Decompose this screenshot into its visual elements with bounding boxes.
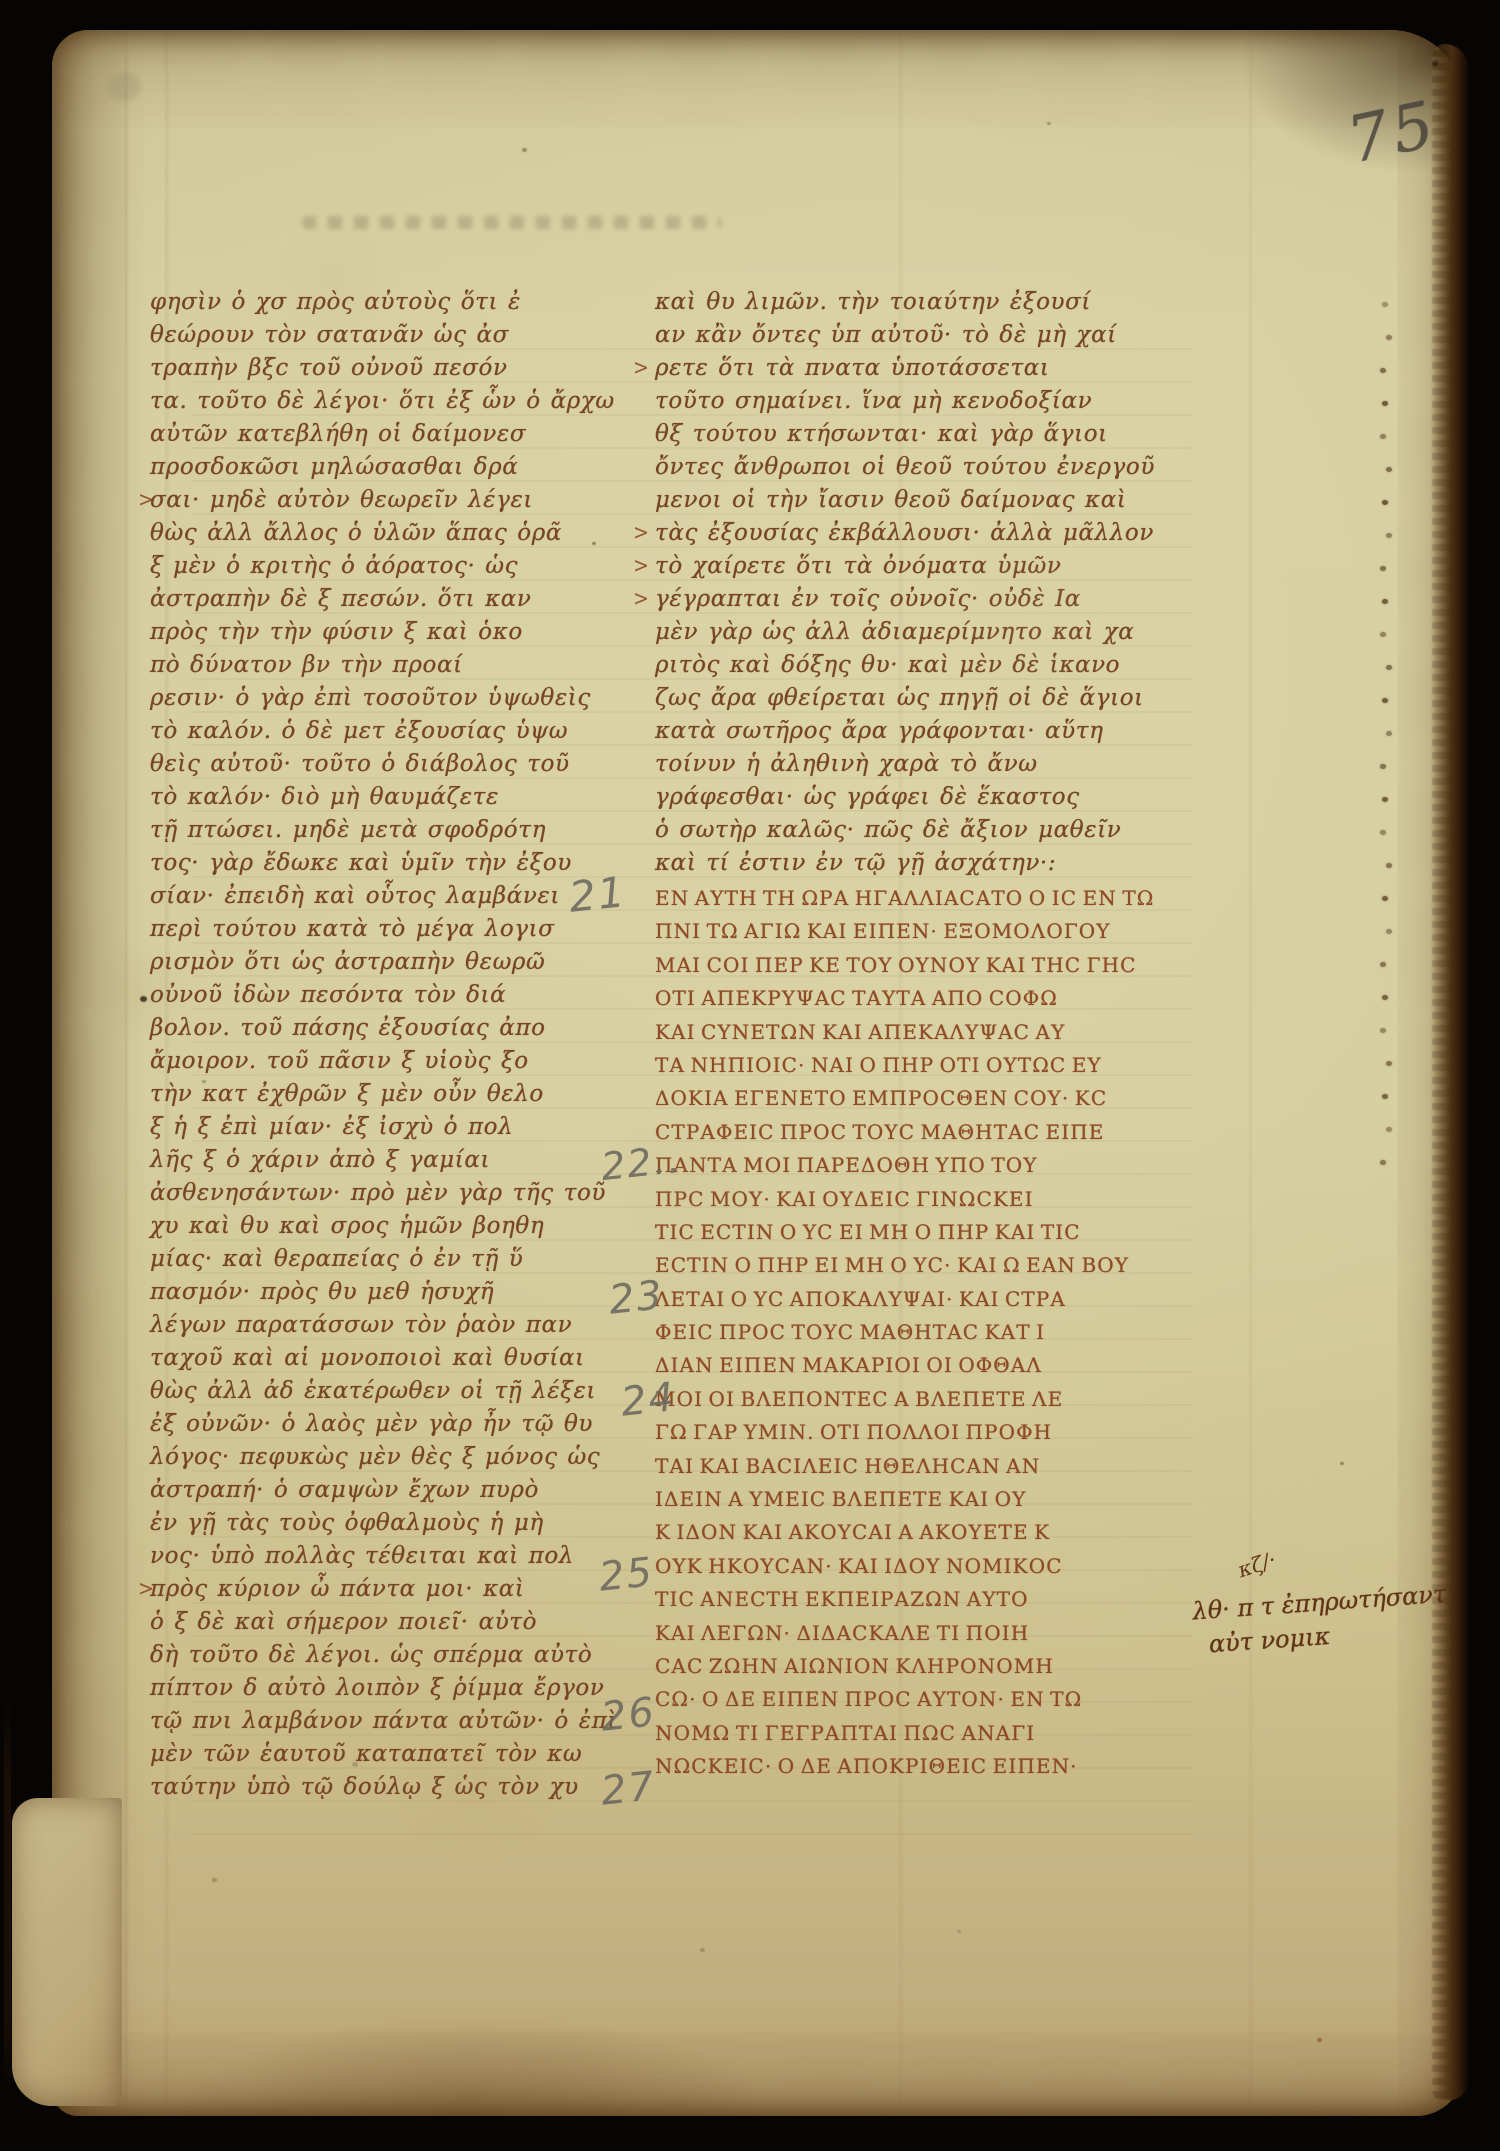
prick-dot <box>1386 335 1392 340</box>
text-line: CΤΡΑΦΕΙC ΠΡΟC ΤΟΥC ΜΑΘΗΤΑC ΕΙΠΕ <box>655 1116 1135 1149</box>
verse-number-26: 26 <box>599 1689 658 1740</box>
prick-dot <box>1380 368 1386 373</box>
text-line: ΠΡC ΜΟΥ· ΚΑΙ ΟΥΔΕΙC ΓΙΝΩCΚΕΙ <box>655 1183 1135 1216</box>
text-line: μίας· καὶ θεραπείας ὁ ἐν τῇ ὕ <box>150 1243 590 1276</box>
prick-dot <box>1382 698 1388 703</box>
binding-edge-line <box>4 1700 11 2090</box>
text-line: μὲν τῶν ἑαυτοῦ καταπατεῖ τὸν κω <box>150 1738 590 1771</box>
verse-number-23: 23 <box>607 1272 666 1323</box>
commentary-column-left: φησὶν ὁ χσ πρὸς αὐτοὺς ὅτι ἐθεώρουν τὸν … <box>150 286 590 1804</box>
prick-dot <box>1380 434 1386 439</box>
gospel-uncial-block: ΕΝ ΑΥΤΗ ΤΗ ΩΡΑ ΗΓΑΛΛΙΑCΑΤΟ Ο ΙC ΕΝ ΤΩΠΝΙ… <box>655 882 1135 1784</box>
diple-mark: > <box>633 356 649 380</box>
stain-speck <box>592 542 596 545</box>
text-line: ΝΩCΚΕΙC· Ο ΔΕ ΑΠΟΚΡΙΘΕΙC ΕΙΠΕΝ· <box>655 1750 1135 1783</box>
prick-dot <box>1386 1127 1392 1132</box>
text-line: πασμόν· πρὸς θυ μεθ ἡσυχῆ <box>150 1276 590 1309</box>
text-line: ΛΕΤΑΙ Ο ΥC ΑΠΟΚΑΛΥΨΑΙ· ΚΑΙ CΤΡΑ <box>655 1283 1135 1316</box>
text-line: πρὸς τὴν τὴν φύσιν ξ καὶ ὁκο <box>150 616 590 649</box>
text-line: σαι· μηδὲ αὐτὸν θεωρεῖν λέγει <box>150 484 590 517</box>
verse-number-21: 21 <box>567 867 629 922</box>
text-line: θεώρουν τὸν σατανᾶν ὡς ἀσ <box>150 319 590 352</box>
stain-speck <box>212 1878 217 1882</box>
prick-dot <box>1386 1061 1392 1066</box>
stain-speck <box>700 1948 705 1952</box>
prick-dot <box>1382 1094 1388 1099</box>
text-line: ΝΟΜΩ ΤΙ ΓΕΓΡΑΠΤΑΙ ΠΩC ΑΝΑΓΙ <box>655 1717 1135 1750</box>
text-line: ὁ ξ δὲ καὶ σήμερον ποιεῖ· αὐτὸ <box>150 1606 590 1639</box>
text-line: ἀσθενησάντων· πρὸ μὲν γὰρ τῆς τοῦ <box>150 1177 590 1210</box>
text-line: τραπὴν βξϲ τοῦ οὐνοῦ πεσόν <box>150 352 590 385</box>
text-line: οὐνοῦ ἰδὼν πεσόντα τὸν διά <box>150 979 590 1012</box>
text-line: γράφεσθαι· ὡς γράφει δὲ ἕκαστος <box>655 781 1130 814</box>
text-line: θὼς ἀλλ ἀδ ἑκατέρωθεν οἱ τῇ λέξει <box>150 1375 590 1408</box>
text-line: ΤΑΙ ΚΑΙ ΒΑCΙΛΕΙC ΗΘΕΛΗCΑΝ ΑΝ <box>655 1450 1135 1483</box>
text-line: τὴν κατ ἐχθρῶν ξ μὲν οὖν θελο <box>150 1078 590 1111</box>
diple-mark: > <box>138 488 154 512</box>
text-line: ξ μὲν ὁ κριτὴς ὁ ἀόρατος· ὡς <box>150 550 590 583</box>
prick-dot <box>1380 1160 1386 1165</box>
showthrough-text <box>302 216 722 229</box>
text-line: θεὶς αὐτοῦ· τοῦτο ὁ διάβολος τοῦ <box>150 748 590 781</box>
prick-dot <box>1380 632 1386 637</box>
text-line: ταύτην ὑπὸ τῷ δούλῳ ξ ὡς τὸν χυ <box>150 1771 590 1804</box>
text-line: τα. τοῦτο δὲ λέγοι· ὅτι ἐξ ὧν ὁ ἄρχω <box>150 385 590 418</box>
text-line: ριτὸς καὶ δόξης θυ· καὶ μὲν δὲ ἱκανο <box>655 649 1130 682</box>
prick-dot <box>1386 665 1392 670</box>
page-bottom-left-edge <box>12 1798 122 2106</box>
text-line: αὐτῶν κατεβλήθη οἱ δαίμονεσ <box>150 418 590 451</box>
text-line: θὼς ἀλλ ἄλλος ὁ ὑλῶν ἅπας ὁρᾶ <box>150 517 590 550</box>
text-line: ΕCΤΙΝ Ο ΠΗΡ ΕΙ ΜΗ Ο ΥC· ΚΑΙ Ω ΕΑΝ ΒΟΥ <box>655 1249 1135 1282</box>
prick-dot <box>1382 599 1388 604</box>
text-line: ΓΩ ΓΑΡ ΥΜΙΝ. ΟΤΙ ΠΟΛΛΟΙ ΠΡΟΦΗ <box>655 1416 1135 1449</box>
diple-mark: > <box>633 554 649 578</box>
manuscript-page: 75 φησὶν ὁ χσ πρὸς αὐτοὺς ὅτι ἐθεώρουν τ… <box>52 30 1464 2116</box>
verse-number-22: 22.. <box>599 1137 684 1189</box>
folio-number: 75 <box>1341 88 1444 179</box>
prick-dot <box>1382 995 1388 1000</box>
text-line: ἀστραπή· ὁ σαμψὼν ἔχων πυρὸ <box>150 1474 590 1507</box>
text-line: τοῦτο σημαίνει. ἵνα μὴ κενοδοξίαν <box>655 385 1130 418</box>
text-line: χυ καὶ θυ καὶ σρος ἡμῶν βοηθη <box>150 1210 590 1243</box>
prick-dot <box>1382 302 1388 307</box>
book-fore-edge <box>1432 44 1468 2100</box>
text-line: προσδοκῶσι μηλώσασθαι δρά <box>150 451 590 484</box>
diple-mark: > <box>633 587 649 611</box>
text-line: λόγος· πεφυκὼς μὲν θὲς ξ μόνος ὡς <box>150 1441 590 1474</box>
text-line: ΙΔΕΙΝ Α ΥΜΕΙC ΒΛΕΠΕΤΕ ΚΑΙ ΟΥ <box>655 1483 1135 1516</box>
stain-speck <box>140 996 147 1002</box>
prick-dot <box>1382 797 1388 802</box>
stain-speck <box>107 72 141 101</box>
text-line: τὸ καλόν. ὁ δὲ μετ ἐξουσίας ὑψω <box>150 715 590 748</box>
text-line: ρετε ὅτι τὰ πνατα ὑποτάσσεται <box>655 352 1130 385</box>
text-line: ΠΑΝΤΑ ΜΟΙ ΠΑΡΕΔΟΘΗ ΥΠΟ ΤΟΥ <box>655 1149 1135 1182</box>
text-line: πὸ δύνατον βν τὴν προαί <box>150 649 590 682</box>
prick-dot <box>1382 896 1388 901</box>
prick-dot <box>1386 467 1392 472</box>
text-line: ἐξ οὐνῶν· ὁ λαὸς μὲν γὰρ ἦν τῷ θυ <box>150 1408 590 1441</box>
text-line: καὶ τί ἐστιν ἐν τῷ γῇ ἀσχάτην·: <box>655 847 1130 880</box>
text-line: ΟΥΚ ΗΚΟΥCΑΝ· ΚΑΙ ΙΔΟΥ ΝΟΜΙΚΟC <box>655 1550 1135 1583</box>
text-line: ΜΟΙ ΟΙ ΒΛΕΠΟΝΤΕC Α ΒΛΕΠΕΤΕ ΛΕ <box>655 1383 1135 1416</box>
text-line: ΟΤΙ ΑΠΕΚΡΥΨΑC ΤΑΥΤΑ ΑΠΟ CΟΦΩ <box>655 982 1135 1015</box>
text-line: ΤΙC ΕCΤΙΝ Ο ΥC ΕΙ ΜΗ Ο ΠΗΡ ΚΑΙ ΤΙC <box>655 1216 1135 1249</box>
prick-dot <box>1380 764 1386 769</box>
prick-dot <box>1380 566 1386 571</box>
stain-speck <box>1340 1462 1344 1465</box>
prick-dot <box>1386 863 1392 868</box>
text-line: μενοι οἱ τὴν ἴασιν θεοῦ δαίμονας καὶ <box>655 484 1130 517</box>
text-line: λῆς ξ ὁ χάριν ἀπὸ ξ γαμίαι <box>150 1144 590 1177</box>
text-line: φησὶν ὁ χσ πρὸς αὐτοὺς ὅτι ἐ <box>150 286 590 319</box>
text-line: ΕΝ ΑΥΤΗ ΤΗ ΩΡΑ ΗΓΑΛΛΙΑCΑΤΟ Ο ΙC ΕΝ ΤΩ <box>655 882 1135 915</box>
text-line: ΚΑΙ CΥΝΕΤΩΝ ΚΑΙ ΑΠΕΚΑΛΥΨΑC ΑΥ <box>655 1016 1135 1049</box>
text-line: τὰς ἐξουσίας ἐκβάλλουσι· ἀλλὰ μᾶλλον <box>655 517 1130 550</box>
text-line: μὲν γὰρ ὡς ἀλλ ἀδιαμερίμνητο καὶ χα <box>655 616 1130 649</box>
text-line: ὄντες ἄνθρωποι οἱ θεοῦ τούτου ἐνεργοῦ <box>655 451 1130 484</box>
text-line: θξ τούτου κτήσωνται· καὶ γὰρ ἅγιοι <box>655 418 1130 451</box>
marginal-note-sigla: κζ/· <box>1235 1547 1279 1582</box>
prick-dot <box>1382 500 1388 505</box>
text-line: πίπτον δ αὐτὸ λοιπὸν ξ ῥίμμα ἔργον <box>150 1672 590 1705</box>
text-line: ΔΙΑΝ ΕΙΠΕΝ ΜΑΚΑΡΙΟΙ ΟΙ ΟΦΘΑΛ <box>655 1349 1135 1382</box>
text-line: βολον. τοῦ πάσης ἐξουσίας ἀπο <box>150 1012 590 1045</box>
stain-speck <box>522 148 527 152</box>
prick-dot <box>1380 962 1386 967</box>
prick-dot <box>1386 731 1392 736</box>
text-line: ὁ σωτὴρ καλῶς· πῶς δὲ ἄξιον μαθεῖν <box>655 814 1130 847</box>
text-line: τὸ καλόν· διὸ μὴ θαυμάζετε <box>150 781 590 814</box>
text-line: ξ ἡ ξ ἐπὶ μίαν· ἐξ ἰσχὺ ὁ πολ <box>150 1111 590 1144</box>
text-line: ΦΕΙC ΠΡΟC ΤΟΥC ΜΑΘΗΤΑC ΚΑΤ Ι <box>655 1316 1135 1349</box>
text-line: ρισμὸν ὅτι ὡς ἀστραπὴν θεωρῶ <box>150 946 590 979</box>
commentary-column-right: καὶ θυ λιμῶν. τὴν τοιαύτην ἐξουσίαν κἂν … <box>655 286 1130 880</box>
text-line: CΩ· Ο ΔΕ ΕΙΠΕΝ ΠΡΟC ΑΥΤΟΝ· ΕΝ ΤΩ <box>655 1683 1135 1716</box>
text-line: τῷ πνι λαμβάνον πάντα αὐτῶν· ὁ ἐπὶ <box>150 1705 590 1738</box>
text-line: λέγων παρατάσσων τὸν ῥαὸν παν <box>150 1309 590 1342</box>
text-line: κατὰ σωτῆρος ἄρα γράφονται· αὕτη <box>655 715 1130 748</box>
text-line: ρεσιν· ὁ γὰρ ἐπὶ τοσοῦτον ὑψωθεὶς <box>150 682 590 715</box>
prick-dot <box>1380 1028 1386 1033</box>
diple-mark: > <box>138 1577 154 1601</box>
stain-speck <box>957 1930 961 1933</box>
text-line: τος· γὰρ ἔδωκε καὶ ὑμῖν τὴν ἐξου <box>150 847 590 880</box>
text-line: δὴ τοῦτο δὲ λέγοι. ὡς σπέρμα αὐτὸ <box>150 1639 590 1672</box>
text-line: ἀστραπὴν δὲ ξ πεσών. ὅτι καν <box>150 583 590 616</box>
diple-mark: > <box>633 521 649 545</box>
text-line: ΤΑ ΝΗΠΙΟΙC· ΝΑΙ Ο ΠΗΡ ΟΤΙ ΟΥΤΩC ΕΥ <box>655 1049 1135 1082</box>
prick-dot <box>1380 830 1386 835</box>
manuscript-photo: 75 φησὶν ὁ χσ πρὸς αὐτοὺς ὅτι ἐθεώρουν τ… <box>0 0 1500 2151</box>
verse-number-25: 25 <box>597 1549 656 1600</box>
text-line: ΚΑΙ ΛΕΓΩΝ· ΔΙΔΑCΚΑΛΕ ΤΙ ΠΟΙΗ <box>655 1617 1135 1650</box>
prick-dot <box>1386 533 1392 538</box>
text-line: ΔΟΚΙΑ ΕΓΕΝΕΤΟ ΕΜΠΡΟCΘΕΝ COΥ· ΚC <box>655 1082 1135 1115</box>
stain-speck <box>1317 2038 1322 2042</box>
text-line: καὶ θυ λιμῶν. τὴν τοιαύτην ἐξουσί <box>655 286 1130 319</box>
text-line: πρὸς κύριον ὦ πάντα μοι· καὶ <box>150 1573 590 1606</box>
prick-dot <box>1382 401 1388 406</box>
text-line: γέγραπται ἐν τοῖς οὐνοῖς· οὐδὲ Ια <box>655 583 1130 616</box>
text-line: ἐν γῇ τὰς τοὺς ὀφθαλμοὺς ἡ μὴ <box>150 1507 590 1540</box>
text-line: ΜΑΙ COΙ ΠΕΡ ΚΕ ΤΟΥ ΟΥΝΟΥ ΚΑΙ ΤΗC ΓΗC <box>655 949 1135 982</box>
text-line: ΤΙC ΑΝΕCΤΗ ΕΚΠΕΙΡΑΖΩΝ ΑΥΤΟ <box>655 1583 1135 1616</box>
text-line: ἄμοιρον. τοῦ πᾶσιν ξ υἱοὺς ξο <box>150 1045 590 1078</box>
text-line: ταχοῦ καὶ αἱ μονοποιοὶ καὶ θυσίαι <box>150 1342 590 1375</box>
text-line: τῇ πτώσει. μηδὲ μετὰ σφοδρότη <box>150 814 590 847</box>
text-line: σίαν· ἐπειδὴ καὶ οὗτος λαμβάνει <box>150 880 590 913</box>
text-line: Κ ΙΔΟΝ ΚΑΙ ΑΚΟΥCΑΙ Α ΑΚΟΥΕΤΕ Κ <box>655 1516 1135 1549</box>
prick-dot <box>1386 929 1392 934</box>
text-line: νος· ὑπὸ πολλὰς τέθειται καὶ πολ <box>150 1540 590 1573</box>
text-line: αν κἂν ὄντες ὑπ αὐτοῦ· τὸ δὲ μὴ χαί <box>655 319 1130 352</box>
text-line: ΠΝΙ ΤΩ ΑΓΙΩ ΚΑΙ ΕΙΠΕΝ· ΕΞΟΜΟΛΟΓΟΥ <box>655 915 1135 948</box>
text-line: CΑC ΖΩΗΝ ΑΙΩΝΙΟΝ ΚΛΗΡΟΝΟΜΗ <box>655 1650 1135 1683</box>
text-line: τοίνυν ἡ ἀληθινὴ χαρὰ τὸ ἄνω <box>655 748 1130 781</box>
text-line: ζως ἄρα φθείρεται ὡς πηγῇ οἱ δὲ ἅγιοι <box>655 682 1130 715</box>
stain-speck <box>1047 122 1051 125</box>
text-line: περὶ τούτου κατὰ τὸ μέγα λογισ <box>150 913 590 946</box>
verse-number-24: 24 <box>619 1374 678 1425</box>
text-line: τὸ χαίρετε ὅτι τὰ ὀνόματα ὑμῶν <box>655 550 1130 583</box>
verse-number-27: 27 <box>599 1764 658 1815</box>
